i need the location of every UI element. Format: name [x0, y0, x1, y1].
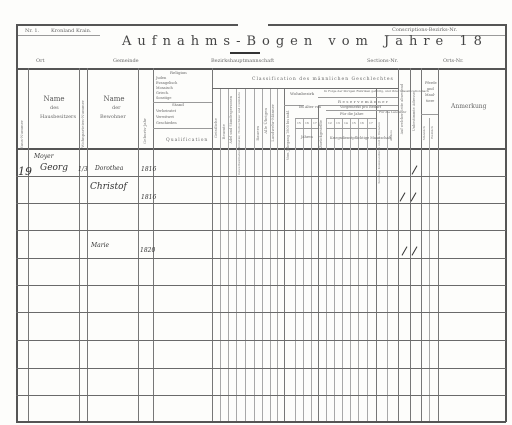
- class-col: Beamte: [222, 124, 226, 139]
- hdr-absent: Auf welcher Seite abwesend: [401, 84, 405, 134]
- hdr-years: Für die Jahre: [340, 113, 364, 117]
- conscription-label: Conscriptions-Bezirks-Nr.: [392, 28, 457, 33]
- hdr-dwelling-no: Wohnparteien-Nummer: [81, 100, 85, 148]
- field-bezirk: Bezirkshauptmannschaft: [211, 59, 274, 64]
- religion-row: Evangelisch: [156, 82, 177, 86]
- hdr-line: [326, 128, 376, 129]
- subcol: [295, 118, 296, 422]
- entry-resident: Marie: [91, 243, 109, 249]
- table-header-bottom: [16, 148, 506, 150]
- livestock-col: Männlich: [423, 126, 426, 140]
- hdr-resident-bewohner: Bewohner: [100, 115, 126, 120]
- entry-owner-first: Moyer: [34, 154, 54, 160]
- form-number: Nr. 1.: [25, 29, 39, 34]
- hdr-religion: Religion: [170, 71, 187, 75]
- hdr-owner-name: Name: [36, 96, 72, 103]
- livestock-label: Pferde: [425, 82, 437, 86]
- hdr-recruit: Vorgemerkt pro Bedarf: [340, 106, 381, 110]
- hdr-unknown-address: Unbestimmte Adresse: [413, 92, 417, 131]
- hdr-owner-hausbesitzer: Hausbesitzers: [40, 115, 76, 120]
- row-line: [16, 285, 506, 286]
- subcol: [311, 118, 312, 422]
- year-col: 13: [336, 122, 340, 125]
- checkmark-icon: [411, 192, 417, 201]
- age-col: 16: [305, 122, 309, 125]
- form-title: Aufnahms-Bogen vom Jahre 18: [122, 34, 488, 49]
- subcol: [303, 118, 304, 422]
- hdr-line: [326, 118, 376, 119]
- class-col: Adel und Standespersonen: [230, 96, 234, 144]
- left-border: [16, 24, 18, 422]
- class-col: Geistliche: [214, 118, 218, 138]
- age-col: 15: [297, 122, 301, 125]
- row-line: [16, 340, 506, 341]
- hdr-reserve: Reservemänner: [338, 100, 389, 104]
- field-ort: Ort: [36, 59, 45, 64]
- table-bottom: [16, 421, 506, 423]
- row-line: [16, 258, 506, 259]
- livestock-col: Weiblich: [431, 126, 434, 139]
- religion-row: Juden: [156, 77, 166, 81]
- year-col: 12: [328, 122, 332, 125]
- subcol: [277, 88, 278, 422]
- hdr-line: [295, 118, 318, 119]
- header-top-border: [16, 24, 238, 26]
- religion-row: Mosaisch: [156, 87, 173, 91]
- checkmark-icon: [412, 246, 418, 255]
- subcol: [326, 118, 327, 422]
- hdr-remarks: Anmerkung: [451, 104, 487, 110]
- class-col: Alle Übrigen: [264, 108, 268, 134]
- age-footer: Jahren: [301, 136, 313, 140]
- temp-col: Sonstige Kommandierte und in Diensten: [378, 122, 381, 184]
- subcol: [245, 88, 246, 422]
- hdr-line: [421, 114, 438, 115]
- livestock-label: und: [427, 88, 434, 92]
- hdr-qualification: Qualification: [166, 139, 208, 144]
- entry-birth-year: 1816: [141, 167, 156, 173]
- subcol: [342, 118, 343, 422]
- hdr-house-no: Haus-Nummer: [20, 120, 24, 150]
- stand-row: Geschieden: [156, 122, 177, 126]
- hdr-presence: Vom Jahrgang 1800 bis inkl.: [287, 110, 291, 160]
- right-border: [505, 24, 507, 422]
- title-underline: [230, 52, 260, 54]
- checkmark-icon: [400, 192, 406, 201]
- year-col: 16: [360, 122, 364, 125]
- subcol: [358, 118, 359, 422]
- row-line: [16, 312, 506, 313]
- hdr-age-title: Im Alter von: [299, 106, 321, 110]
- hdr-residence: Wohnbezirk: [290, 92, 314, 96]
- subcol: [334, 118, 335, 422]
- entry-house-no: 19: [18, 166, 32, 177]
- subcol: [350, 118, 351, 422]
- temp-col: Andere: [390, 130, 393, 141]
- stand-row: Verwitwet: [156, 116, 174, 120]
- hdr-birth-year: Geburts-Jahr: [143, 118, 147, 144]
- subcol: [367, 118, 368, 422]
- checkmark-icon: [412, 165, 418, 174]
- year-col: 14: [344, 122, 348, 125]
- hdr-stand: Stand: [172, 103, 184, 107]
- col-divider: [284, 88, 285, 422]
- entry-birth-year: 1816: [141, 195, 156, 201]
- subcol: [262, 88, 263, 422]
- hdr-deferred: Zurückgestellte: [320, 120, 324, 148]
- religion-row: Griech.: [156, 92, 169, 96]
- hdr-line: [295, 128, 318, 129]
- field-orts: Orts-Nr.: [443, 59, 464, 64]
- province-underline: [18, 35, 100, 36]
- class-col: Gewerbsinhaber, Künstler, Hochschüler un…: [238, 92, 241, 175]
- class-col: Landwehr-Männer: [271, 104, 275, 142]
- province-label: Kronland Krain.: [51, 29, 91, 34]
- field-gemeinde: Gemeinde: [113, 59, 139, 64]
- entry-dwelling-no: 1/3: [78, 167, 88, 173]
- entry-resident: Christof: [90, 183, 127, 192]
- stand-row: Verheiratet: [156, 110, 176, 114]
- age-col: 17: [313, 122, 317, 125]
- hdr-resident-der: der: [112, 106, 121, 111]
- hdr-owner-des: des: [50, 106, 59, 111]
- subcol: [387, 110, 388, 422]
- field-section: Sections-Nr.: [367, 59, 398, 64]
- row-line: [16, 395, 506, 396]
- row-line: [16, 203, 506, 204]
- col-divider: [318, 105, 319, 422]
- entry-resident: Dorothea: [95, 166, 123, 172]
- hdr-resident-name: Name: [96, 96, 132, 103]
- subcol: [429, 118, 430, 422]
- livestock-label: Maul-: [425, 94, 435, 98]
- row-line: [16, 230, 506, 231]
- header-top-border-right: [268, 24, 506, 26]
- year-col: 17: [369, 122, 373, 125]
- entry-birth-year: 1820: [140, 248, 155, 254]
- entry-owner-last: Georg: [40, 164, 68, 173]
- checkmark-icon: [402, 246, 408, 255]
- header-bottom-border: [16, 68, 506, 70]
- hdr-classification: Classification des männlichen Geschlecht…: [252, 78, 394, 83]
- hdr-line: [153, 128, 212, 129]
- hdr-labor: Kriegsdienstpflichtige Mannschaft: [330, 137, 391, 141]
- year-col: 15: [352, 122, 356, 125]
- hdr-line: [318, 97, 398, 98]
- religion-row: Sonstige: [156, 97, 171, 101]
- row-line: [16, 368, 506, 369]
- class-col: Bauern: [256, 126, 260, 141]
- row-line: [16, 176, 506, 177]
- livestock-label: tiere: [426, 100, 434, 104]
